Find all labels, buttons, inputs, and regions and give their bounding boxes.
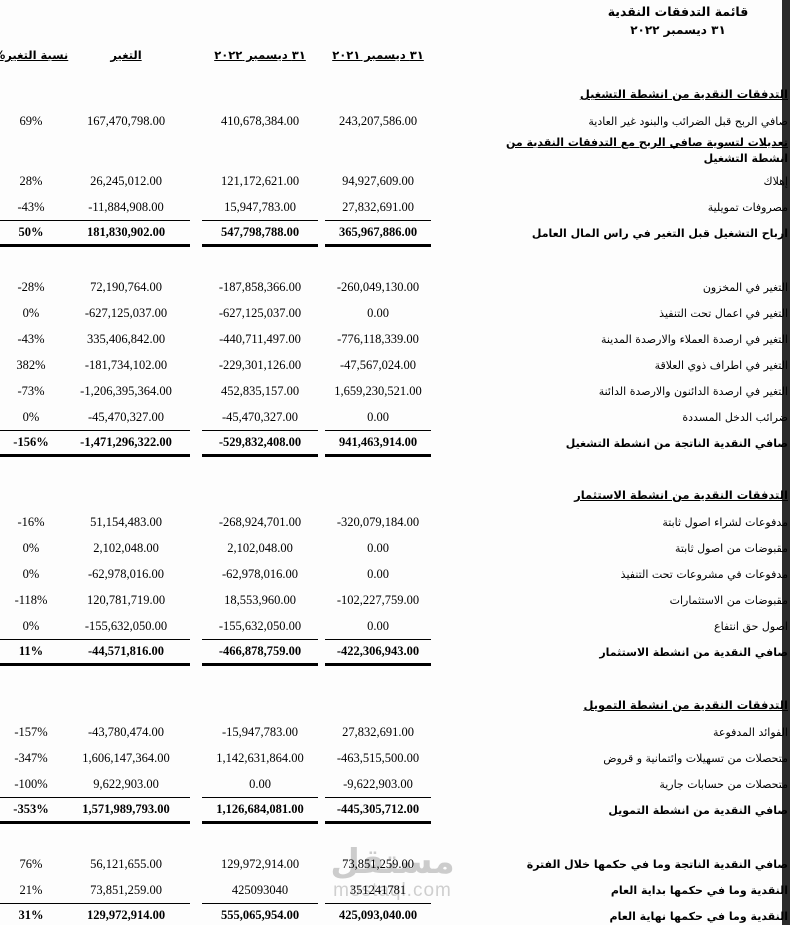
row-label: متحصلات من تسهيلات وائتمانية و قروض xyxy=(431,745,788,771)
cell-dec-2021: 94,927,609.00 xyxy=(325,168,431,194)
value-change-pct: -157% xyxy=(14,725,47,740)
cell-change: 9,622,903.00 xyxy=(62,771,190,797)
cell-change-pct: 76% xyxy=(0,851,62,877)
cell-change-pct: -100% xyxy=(0,771,62,797)
cell-change-pct: -157% xyxy=(0,719,62,745)
column-header-change: التغير xyxy=(62,42,190,68)
table-row: التغير في اطراف ذوي العلاقة-47,567,024.0… xyxy=(0,352,790,378)
cell-change-pct: -43% xyxy=(0,326,62,352)
value-change: -11,884,908.00 xyxy=(88,200,164,215)
cell-change: 1,571,989,793.00 xyxy=(62,798,190,821)
cell-change-pct: 21% xyxy=(0,877,62,903)
change-columns-group: 0%-155,632,050.00 xyxy=(0,613,190,639)
cell-change-pct: -347% xyxy=(0,745,62,771)
cell-change: -1,206,395,364.00 xyxy=(62,378,190,404)
value-change: 2,102,048.00 xyxy=(93,541,159,556)
cell-dec-2021: -102,227,759.00 xyxy=(325,587,431,613)
cell-change-pct: 0% xyxy=(0,561,62,587)
value-dec-2021: -320,079,184.00 xyxy=(337,515,419,530)
change-columns-group: 0%-45,470,327.00 xyxy=(0,404,190,430)
value-change: -181,734,102.00 xyxy=(85,358,167,373)
cell-dec-2021: 425,093,040.00 xyxy=(325,903,431,925)
cell-change-pct: 0% xyxy=(0,300,62,326)
cell-dec-2022: 425093040 xyxy=(202,877,318,903)
cell-dec-2022: 15,947,783.00 xyxy=(202,194,318,220)
cell-dec-2021: -260,049,130.00 xyxy=(325,274,431,300)
value-change: -1,206,395,364.00 xyxy=(80,384,172,399)
cell-dec-2022: -45,470,327.00 xyxy=(202,404,318,430)
value-dec-2022: 2,102,048.00 xyxy=(227,541,293,556)
cell-change: 167,470,798.00 xyxy=(62,108,190,134)
value-dec-2021: -260,049,130.00 xyxy=(337,280,419,295)
row-label: مقبوضات من الاستثمارات xyxy=(431,587,788,613)
section-header-financing-activities: التدفقات النقدية من انشطة التمويل xyxy=(0,693,790,717)
change-columns-group: -16%51,154,483.00 xyxy=(0,509,190,535)
cell-dec-2021: -422,306,943.00 xyxy=(325,639,431,666)
cell-dec-2021: 27,832,691.00 xyxy=(325,719,431,745)
statement-body: التدفقات النقدية من انشطة التشغيلصافي ال… xyxy=(0,82,790,925)
row-label: النقدية وما في حكمها نهاية العام xyxy=(431,903,788,925)
value-change: 1,571,989,793.00 xyxy=(82,802,170,817)
cell-dec-2021: -776,118,339.00 xyxy=(325,326,431,352)
cell-change: -181,734,102.00 xyxy=(62,352,190,378)
cell-dec-2022: -229,301,126.00 xyxy=(202,352,318,378)
value-dec-2021: 73,851,259.00 xyxy=(342,857,414,872)
table-row: متحصلات من حسابات جارية-9,622,903.000.00… xyxy=(0,771,790,797)
value-dec-2022: -45,470,327.00 xyxy=(222,410,298,425)
value-dec-2022: 410,678,384.00 xyxy=(221,114,299,129)
value-change-pct: 50% xyxy=(19,225,44,240)
cell-dec-2021: 0.00 xyxy=(325,535,431,561)
cell-change-pct: 0% xyxy=(0,613,62,639)
change-columns-group: -73%-1,206,395,364.00 xyxy=(0,378,190,404)
cell-dec-2022: 555,065,954.00 xyxy=(202,903,318,925)
value-change: 181,830,902.00 xyxy=(87,225,165,240)
value-dec-2021: 0.00 xyxy=(367,567,389,582)
total-row: النقدية وما في حكمها نهاية العام425,093,… xyxy=(0,903,790,925)
document-date: ٣١ ديسمبر ٢٠٢٢ xyxy=(590,23,766,37)
cell-change: 73,851,259.00 xyxy=(62,877,190,903)
value-dec-2022: 15,947,783.00 xyxy=(224,200,296,215)
table-row: متحصلات من تسهيلات وائتمانية و قروض-463,… xyxy=(0,745,790,771)
value-dec-2021: -463,515,500.00 xyxy=(337,751,419,766)
row-label: صافي النقدية الناتجة من انشطة التشغيل xyxy=(431,430,788,457)
cell-dec-2022: -62,978,016.00 xyxy=(202,561,318,587)
value-dec-2021: 94,927,609.00 xyxy=(342,174,414,189)
cell-dec-2022: 410,678,384.00 xyxy=(202,108,318,134)
value-dec-2021: 0.00 xyxy=(367,410,389,425)
section-header-investing-activities: التدفقات النقدية من انشطة الاستثمار xyxy=(0,483,790,507)
change-columns-group: 0%-627,125,037.00 xyxy=(0,300,190,326)
value-dec-2021: -102,227,759.00 xyxy=(337,593,419,608)
cell-change: -1,471,296,322.00 xyxy=(62,431,190,454)
value-change-pct: -100% xyxy=(14,777,47,792)
cell-change-pct: 31% xyxy=(0,904,62,925)
cell-dec-2022: -440,711,497.00 xyxy=(202,326,318,352)
value-dec-2021: 0.00 xyxy=(367,541,389,556)
total-row: صافي النقدية من انشطة الاستثمار-422,306,… xyxy=(0,639,790,666)
value-dec-2021: 1,659,230,521.00 xyxy=(334,384,422,399)
cell-change: 2,102,048.00 xyxy=(62,535,190,561)
change-columns-group: -353%1,571,989,793.00 xyxy=(0,797,190,824)
cell-change-pct: 69% xyxy=(0,108,62,134)
cell-change-pct: 0% xyxy=(0,404,62,430)
value-dec-2021: 0.00 xyxy=(367,619,389,634)
change-columns-group: -347%1,606,147,364.00 xyxy=(0,745,190,771)
table-row: التغير في المخزون-260,049,130.00-187,858… xyxy=(0,274,790,300)
row-label: مقبوضات من اصول ثابتة xyxy=(431,535,788,561)
change-columns-group: 28%26,245,012.00 xyxy=(0,168,190,194)
table-row: التغير في اعمال تحت التنفيذ0.00-627,125,… xyxy=(0,300,790,326)
row-label: صافي النقدية من انشطة الاستثمار xyxy=(431,639,788,666)
cell-dec-2021: -320,079,184.00 xyxy=(325,509,431,535)
value-dec-2022: -187,858,366.00 xyxy=(219,280,301,295)
cell-change: 120,781,719.00 xyxy=(62,587,190,613)
cell-change: 1,606,147,364.00 xyxy=(62,745,190,771)
cell-dec-2021: 73,851,259.00 xyxy=(325,851,431,877)
row-label: متحصلات من حسابات جارية xyxy=(431,771,788,797)
row-label: مدفوعات لشراء اصول ثابتة xyxy=(431,509,788,535)
row-label: مدفوعات في مشروعات تحت التنفيذ xyxy=(431,561,788,587)
table-row: مقبوضات من الاستثمارات-102,227,759.0018,… xyxy=(0,587,790,613)
value-change-pct: -347% xyxy=(14,751,47,766)
value-dec-2021: -776,118,339.00 xyxy=(337,332,419,347)
cell-change: 26,245,012.00 xyxy=(62,168,190,194)
row-label: صافي النقدية الناتجة وما في حكمها خلال ا… xyxy=(431,851,788,877)
change-columns-group: -43%-11,884,908.00 xyxy=(0,194,190,220)
value-change-pct: -28% xyxy=(17,280,44,295)
value-change: 335,406,842.00 xyxy=(87,332,165,347)
cell-dec-2021: -47,567,024.00 xyxy=(325,352,431,378)
cell-dec-2021: 0.00 xyxy=(325,300,431,326)
cell-change-pct: -156% xyxy=(0,431,62,454)
value-change: -45,470,327.00 xyxy=(88,410,164,425)
value-change-pct: -73% xyxy=(17,384,44,399)
table-row: مقبوضات من اصول ثابتة0.002,102,048.000%2… xyxy=(0,535,790,561)
value-change: 51,154,483.00 xyxy=(90,515,162,530)
total-row: صافي النقدية الناتجة من انشطة التشغيل941… xyxy=(0,430,790,457)
value-change-pct: 0% xyxy=(23,306,40,321)
document-header: قائمة التدفقات النقدية ٣١ ديسمبر ٢٠٢٢ xyxy=(590,4,766,37)
value-dec-2022: -268,924,701.00 xyxy=(219,515,301,530)
document-title: قائمة التدفقات النقدية xyxy=(590,4,766,19)
change-columns-group: -28%72,190,764.00 xyxy=(0,274,190,300)
table-row: مصروفات تمويلية27,832,691.0015,947,783.0… xyxy=(0,194,790,220)
row-label: التغير في اعمال تحت التنفيذ xyxy=(431,300,788,326)
value-change-pct: 0% xyxy=(23,541,40,556)
value-change-pct: -118% xyxy=(15,593,48,608)
row-label: الفوائد المدفوعة xyxy=(431,719,788,745)
value-dec-2021: 0.00 xyxy=(367,306,389,321)
value-dec-2022: 121,172,621.00 xyxy=(221,174,299,189)
cell-change: -62,978,016.00 xyxy=(62,561,190,587)
cell-change-pct: 50% xyxy=(0,221,62,244)
cell-change: 335,406,842.00 xyxy=(62,326,190,352)
change-columns-group: -157%-43,780,474.00 xyxy=(0,719,190,745)
cell-dec-2022: -627,125,037.00 xyxy=(202,300,318,326)
row-label: ضرائب الدخل المسددة xyxy=(431,404,788,430)
row-subheader: تعديلات لتسوية صافي الربح مع التدفقات ال… xyxy=(0,136,790,166)
section-net-cash-summary: صافي النقدية الناتجة وما في حكمها خلال ا… xyxy=(0,851,790,925)
value-dec-2022: 547,798,788.00 xyxy=(221,225,299,240)
cell-change-pct: -353% xyxy=(0,798,62,821)
value-change: 26,245,012.00 xyxy=(90,174,162,189)
value-dec-2022: 0.00 xyxy=(249,777,271,792)
cell-dec-2022: -155,632,050.00 xyxy=(202,613,318,639)
cell-change-pct: -73% xyxy=(0,378,62,404)
table-row: الفوائد المدفوعة27,832,691.00-15,947,783… xyxy=(0,719,790,745)
section-header-operating-activities: التدفقات النقدية من انشطة التشغيل xyxy=(0,82,790,106)
row-label: التغير في المخزون xyxy=(431,274,788,300)
value-change: -1,471,296,322.00 xyxy=(80,435,172,450)
cell-dec-2021: 0.00 xyxy=(325,404,431,430)
value-change-pct: 382% xyxy=(16,358,45,373)
cell-change: 129,972,914.00 xyxy=(62,904,190,925)
row-label: صافي النقدية من انشطة التمويل xyxy=(431,797,788,824)
value-dec-2022: 425093040 xyxy=(232,883,288,898)
value-dec-2022: 1,126,684,081.00 xyxy=(216,802,304,817)
row-label: النقدية وما في حكمها بداية العام xyxy=(431,877,788,903)
value-dec-2022: -529,832,408.00 xyxy=(219,435,301,450)
row-label: التغير في اطراف ذوي العلاقة xyxy=(431,352,788,378)
value-dec-2021: -422,306,943.00 xyxy=(337,644,419,659)
cell-dec-2022: 2,102,048.00 xyxy=(202,535,318,561)
value-change: 120,781,719.00 xyxy=(87,593,165,608)
value-dec-2022: 555,065,954.00 xyxy=(221,908,299,923)
section-financing-activities: التدفقات النقدية من انشطة التمويلالفوائد… xyxy=(0,693,790,824)
value-change-pct: 0% xyxy=(23,567,40,582)
value-change-pct: -16% xyxy=(17,515,44,530)
value-change: -44,571,816.00 xyxy=(88,644,164,659)
change-columns-group: 0%2,102,048.00 xyxy=(0,535,190,561)
total-row: صافي النقدية من انشطة التمويل-445,305,71… xyxy=(0,797,790,824)
value-dec-2021: -47,567,024.00 xyxy=(340,358,416,373)
value-dec-2021: -9,622,903.00 xyxy=(343,777,413,792)
cell-change: -627,125,037.00 xyxy=(62,300,190,326)
value-change: 73,851,259.00 xyxy=(90,883,162,898)
cell-change-pct: 382% xyxy=(0,352,62,378)
column-header-spacer xyxy=(431,42,788,68)
table-row: مدفوعات لشراء اصول ثابتة-320,079,184.00-… xyxy=(0,509,790,535)
change-columns-group: 0%-62,978,016.00 xyxy=(0,561,190,587)
cell-change: -155,632,050.00 xyxy=(62,613,190,639)
cell-dec-2021: 0.00 xyxy=(325,561,431,587)
change-columns-group: -156%-1,471,296,322.00 xyxy=(0,430,190,457)
cell-change: -45,470,327.00 xyxy=(62,404,190,430)
cell-change: 181,830,902.00 xyxy=(62,221,190,244)
change-columns-group: -43%335,406,842.00 xyxy=(0,326,190,352)
value-change: -155,632,050.00 xyxy=(85,619,167,634)
column-header-dec-2021: ٣١ ديسمبر ٢٠٢١ xyxy=(325,42,431,68)
cell-dec-2022: 1,142,631,864.00 xyxy=(202,745,318,771)
value-dec-2022: -15,947,783.00 xyxy=(222,725,298,740)
value-dec-2022: -466,878,759.00 xyxy=(219,644,301,659)
cell-change-pct: 28% xyxy=(0,168,62,194)
total-row: ارباح التشغيل قبل التغير في راس المال ال… xyxy=(0,220,790,247)
row-label: اصول حق انتفاع xyxy=(431,613,788,639)
cell-change: -44,571,816.00 xyxy=(62,640,190,663)
cell-dec-2021: -9,622,903.00 xyxy=(325,771,431,797)
table-row: النقدية وما في حكمها بداية العام35124178… xyxy=(0,877,790,903)
cell-change-pct: 11% xyxy=(0,640,62,663)
cell-dec-2021: -463,515,500.00 xyxy=(325,745,431,771)
section-working-capital-changes: التغير في المخزون-260,049,130.00-187,858… xyxy=(0,274,790,457)
value-dec-2021: 243,207,586.00 xyxy=(339,114,417,129)
cell-dec-2021: 0.00 xyxy=(325,613,431,639)
cell-change: 72,190,764.00 xyxy=(62,274,190,300)
cell-change-pct: -43% xyxy=(0,194,62,220)
value-change: 72,190,764.00 xyxy=(90,280,162,295)
cell-dec-2022: 547,798,788.00 xyxy=(202,220,318,247)
change-columns-group: 69%167,470,798.00 xyxy=(0,108,190,134)
cell-dec-2022: -15,947,783.00 xyxy=(202,719,318,745)
section-investing-activities: التدفقات النقدية من انشطة الاستثمارمدفوع… xyxy=(0,483,790,666)
change-columns-group: 21%73,851,259.00 xyxy=(0,877,190,903)
value-change: -627,125,037.00 xyxy=(85,306,167,321)
value-change-pct: -43% xyxy=(17,332,44,347)
cell-dec-2022: -529,832,408.00 xyxy=(202,430,318,457)
value-dec-2021: -445,305,712.00 xyxy=(337,802,419,817)
cell-dec-2021: 365,967,886.00 xyxy=(325,220,431,247)
value-dec-2022: 129,972,914.00 xyxy=(221,857,299,872)
cell-dec-2021: 243,207,586.00 xyxy=(325,108,431,134)
cell-dec-2021: 941,463,914.00 xyxy=(325,430,431,457)
value-dec-2022: 1,142,631,864.00 xyxy=(216,751,304,766)
value-dec-2021: 365,967,886.00 xyxy=(339,225,417,240)
value-dec-2022: -229,301,126.00 xyxy=(219,358,301,373)
subheader-line-1: تعديلات لتسوية صافي الربح مع التدفقات ال… xyxy=(0,136,788,150)
change-columns-header-group: نسبة التغير% التغير xyxy=(0,42,190,68)
value-dec-2021: 425,093,040.00 xyxy=(339,908,417,923)
row-label: ارباح التشغيل قبل التغير في راس المال ال… xyxy=(431,220,788,247)
cell-dec-2022: -466,878,759.00 xyxy=(202,639,318,666)
value-dec-2021: 27,832,691.00 xyxy=(342,725,414,740)
value-change-pct: 11% xyxy=(19,644,43,659)
table-row: التغير في ارصدة الدائنون والارصدة الدائن… xyxy=(0,378,790,404)
cell-dec-2021: 27,832,691.00 xyxy=(325,194,431,220)
cell-change: -11,884,908.00 xyxy=(62,194,190,220)
cell-dec-2022: 129,972,914.00 xyxy=(202,851,318,877)
cell-change-pct: -118% xyxy=(0,587,62,613)
cell-dec-2022: 0.00 xyxy=(202,771,318,797)
cell-dec-2021: -445,305,712.00 xyxy=(325,797,431,824)
cell-dec-2022: 452,835,157.00 xyxy=(202,378,318,404)
column-headers-row: ٣١ ديسمبر ٢٠٢١ ٣١ ديسمبر ٢٠٢٢ نسبة التغي… xyxy=(0,42,790,68)
value-dec-2022: -627,125,037.00 xyxy=(219,306,301,321)
value-dec-2022: -155,632,050.00 xyxy=(219,619,301,634)
value-dec-2021: 941,463,914.00 xyxy=(339,435,417,450)
cell-change-pct: 0% xyxy=(0,535,62,561)
value-change: -62,978,016.00 xyxy=(88,567,164,582)
change-columns-group: 11%-44,571,816.00 xyxy=(0,639,190,666)
cell-dec-2022: 1,126,684,081.00 xyxy=(202,797,318,824)
cash-flow-statement-page: مستقل mostaql.com قائمة التدفقات النقدية… xyxy=(0,0,790,925)
value-dec-2022: -62,978,016.00 xyxy=(222,567,298,582)
value-change-pct: -156% xyxy=(13,435,48,450)
cell-change: -43,780,474.00 xyxy=(62,719,190,745)
cell-change: 56,121,655.00 xyxy=(62,851,190,877)
value-change-pct: 69% xyxy=(20,114,43,129)
cell-dec-2022: -187,858,366.00 xyxy=(202,274,318,300)
value-change: 129,972,914.00 xyxy=(87,908,165,923)
change-columns-group: 382%-181,734,102.00 xyxy=(0,352,190,378)
table-row: مدفوعات في مشروعات تحت التنفيذ0.00-62,97… xyxy=(0,561,790,587)
column-header-dec-2022: ٣١ ديسمبر ٢٠٢٢ xyxy=(202,42,318,68)
change-columns-group: -100%9,622,903.00 xyxy=(0,771,190,797)
change-columns-group: 31%129,972,914.00 xyxy=(0,903,190,925)
table-row: صافي النقدية الناتجة وما في حكمها خلال ا… xyxy=(0,851,790,877)
change-columns-group: 76%56,121,655.00 xyxy=(0,851,190,877)
cell-change-pct: -28% xyxy=(0,274,62,300)
subheader-line-2: انشطة التشغيل xyxy=(0,152,788,166)
value-change-pct: -353% xyxy=(13,802,48,817)
value-change: -43,780,474.00 xyxy=(88,725,164,740)
column-header-change-pct: نسبة التغير% xyxy=(0,42,62,68)
table-row: صافي الربح قبل الضرائب والبنود غير العاد… xyxy=(0,108,790,134)
table-row: التغير في ارصدة العملاء والارصدة المدينة… xyxy=(0,326,790,352)
row-label: التغير في ارصدة الدائنون والارصدة الدائن… xyxy=(431,378,788,404)
value-change-pct: 0% xyxy=(23,619,40,634)
table-row: إهلاك94,927,609.00121,172,621.0028%26,24… xyxy=(0,168,790,194)
value-change-pct: 31% xyxy=(19,908,44,923)
row-label: صافي الربح قبل الضرائب والبنود غير العاد… xyxy=(431,108,788,134)
value-change-pct: 76% xyxy=(20,857,43,872)
value-change-pct: 28% xyxy=(20,174,43,189)
cell-dec-2021: 351241781 xyxy=(325,877,431,903)
cell-change: 51,154,483.00 xyxy=(62,509,190,535)
value-change-pct: -43% xyxy=(17,200,44,215)
value-change-pct: 21% xyxy=(20,883,43,898)
value-dec-2022: 18,553,960.00 xyxy=(224,593,296,608)
row-label: التغير في ارصدة العملاء والارصدة المدينة xyxy=(431,326,788,352)
cell-dec-2022: 121,172,621.00 xyxy=(202,168,318,194)
change-columns-group: 50%181,830,902.00 xyxy=(0,220,190,247)
table-row: اصول حق انتفاع0.00-155,632,050.000%-155,… xyxy=(0,613,790,639)
cell-dec-2022: 18,553,960.00 xyxy=(202,587,318,613)
cell-dec-2022: -268,924,701.00 xyxy=(202,509,318,535)
value-dec-2022: -440,711,497.00 xyxy=(219,332,301,347)
value-dec-2021: 27,832,691.00 xyxy=(342,200,414,215)
row-label: إهلاك xyxy=(431,168,788,194)
value-change-pct: 0% xyxy=(23,410,40,425)
value-change: 56,121,655.00 xyxy=(90,857,162,872)
cell-dec-2021: 1,659,230,521.00 xyxy=(325,378,431,404)
value-change: 9,622,903.00 xyxy=(93,777,159,792)
change-columns-group: -118%120,781,719.00 xyxy=(0,587,190,613)
value-change: 1,606,147,364.00 xyxy=(82,751,170,766)
row-label: مصروفات تمويلية xyxy=(431,194,788,220)
value-dec-2022: 452,835,157.00 xyxy=(221,384,299,399)
value-change: 167,470,798.00 xyxy=(87,114,165,129)
section-operating-activities: التدفقات النقدية من انشطة التشغيلصافي ال… xyxy=(0,82,790,247)
cell-change-pct: -16% xyxy=(0,509,62,535)
table-row: ضرائب الدخل المسددة0.00-45,470,327.000%-… xyxy=(0,404,790,430)
value-dec-2021: 351241781 xyxy=(350,883,406,898)
